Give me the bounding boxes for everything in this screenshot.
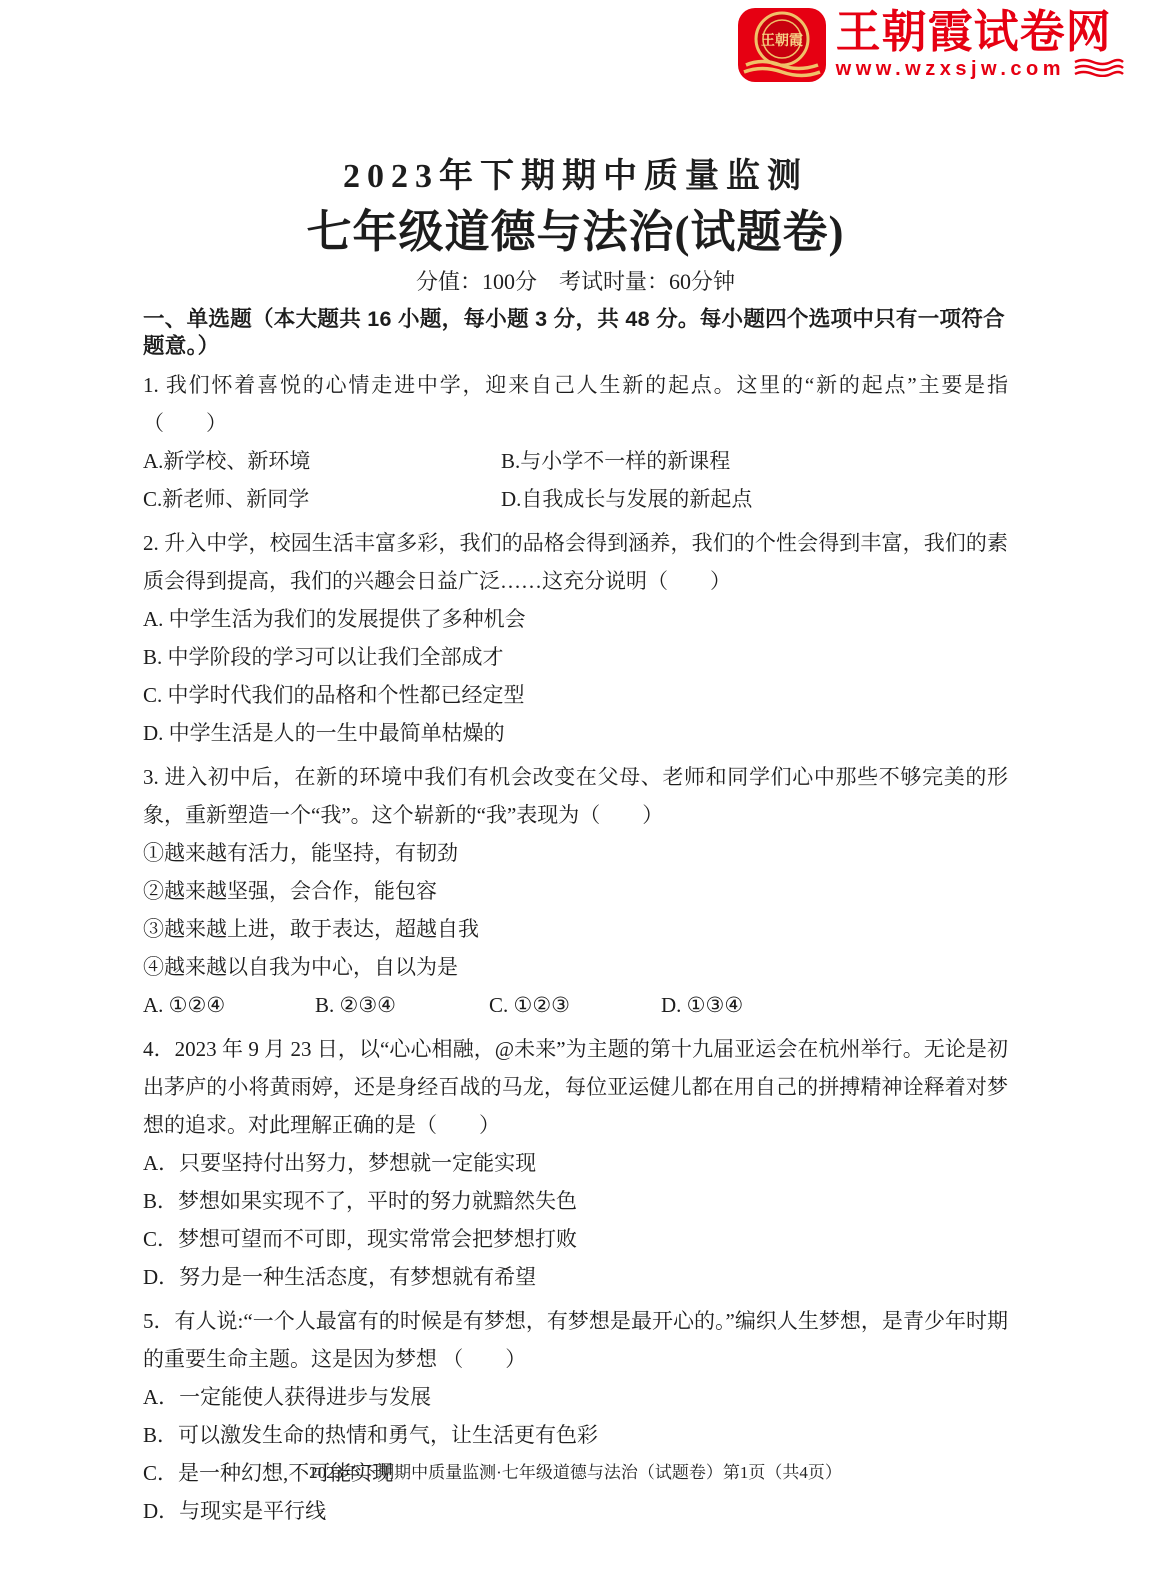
option-d: D. ①③④ <box>661 986 1008 1024</box>
option-c: C.新老师、新同学 <box>143 480 501 518</box>
question-1: 1. 我们怀着喜悦的心情走进中学，迎来自己人生新的起点。这里的“新的起点”主要是… <box>143 366 1008 518</box>
option-a: A. 中学生活为我们的发展提供了多种机会 <box>143 600 1008 638</box>
question-1-options: A.新学校、新环境 B.与小学不一样的新课程 C.新老师、新同学 D.自我成长与… <box>143 442 1008 518</box>
question-2-stem: 2. 升入中学，校园生活丰富多彩，我们的品格会得到涵养，我们的个性会得到丰富，我… <box>143 524 1008 600</box>
question-4: 4．2023 年 9 月 23 日，以“心心相融，@未来”为主题的第十九届亚运会… <box>143 1030 1008 1296</box>
option-d: D．与现实是平行线 <box>143 1492 1008 1530</box>
question-list: 1. 我们怀着喜悦的心情走进中学，迎来自己人生新的起点。这里的“新的起点”主要是… <box>143 366 1008 1530</box>
exam-title: 2023年下期期中质量监测 <box>143 157 1008 197</box>
wave-lines-icon <box>1073 57 1125 82</box>
question-5: 5．有人说:“一个人最富有的时候是有梦想，有梦想是最开心的。”编织人生梦想，是青… <box>143 1302 1008 1530</box>
option-d: D. 中学生活是人的一生中最简单枯燥的 <box>143 714 1008 752</box>
duration-label: 考试时量：60分钟 <box>559 269 735 295</box>
exam-page: 王朝霞 王朝霞试卷网 www.wzxsjw.com 2023年下期期中质量监测 <box>0 0 1151 1594</box>
option-b: B. ②③④ <box>315 986 489 1024</box>
question-3-stem: 3. 进入初中后，在新的环境中我们有机会改变在父母、老师和同学们心中那些不够完美… <box>143 758 1008 834</box>
exam-subtitle: 七年级道德与法治(试题卷) <box>143 207 1008 257</box>
option-c: C. 中学时代我们的品格和个性都已经定型 <box>143 676 1008 714</box>
option-a: A．只要坚持付出努力，梦想就一定能实现 <box>143 1144 1008 1182</box>
page-footer: 2023年下期期中质量监测·七年级道德与法治（试题卷）第1页（共4页） <box>0 1461 1151 1485</box>
exam-meta: 分值：100分 考试时量：60分钟 <box>143 269 1008 295</box>
option-c: C. ①②③ <box>489 986 661 1024</box>
option-b: B．梦想如果实现不了，平时的努力就黯然失色 <box>143 1182 1008 1220</box>
option-b: B．可以激发生命的热情和勇气，让生活更有色彩 <box>143 1416 1008 1454</box>
question-5-stem: 5．有人说:“一个人最富有的时候是有梦想，有梦想是最开心的。”编织人生梦想，是青… <box>143 1302 1008 1378</box>
question-2: 2. 升入中学，校园生活丰富多彩，我们的品格会得到涵养，我们的个性会得到丰富，我… <box>143 524 1008 752</box>
score-label: 分值：100分 <box>416 269 537 295</box>
statement-4: ④越来越以自我为中心，自以为是 <box>143 948 1008 986</box>
option-a: A. ①②④ <box>143 986 315 1024</box>
option-a: A．一定能使人获得进步与发展 <box>143 1378 1008 1416</box>
option-d: D．努力是一种生活态度，有梦想就有希望 <box>143 1258 1008 1296</box>
question-4-stem: 4．2023 年 9 月 23 日，以“心心相融，@未来”为主题的第十九届亚运会… <box>143 1030 1008 1144</box>
statement-2: ②越来越坚强，会合作，能包容 <box>143 872 1008 910</box>
option-c: C．梦想可望而不可即，现实常常会把梦想打败 <box>143 1220 1008 1258</box>
option-a: A.新学校、新环境 <box>143 442 501 480</box>
option-b: B.与小学不一样的新课程 <box>501 442 1008 480</box>
option-b: B. 中学阶段的学习可以让我们全部成才 <box>143 638 1008 676</box>
question-1-stem: 1. 我们怀着喜悦的心情走进中学，迎来自己人生新的起点。这里的“新的起点”主要是… <box>143 366 1008 442</box>
question-3-options: A. ①②④ B. ②③④ C. ①②③ D. ①③④ <box>143 986 1008 1024</box>
statement-3: ③越来越上进，敢于表达，超越自我 <box>143 910 1008 948</box>
section-heading: 一、单选题（本大题共 16 小题，每小题 3 分，共 48 分。每小题四个选项中… <box>143 306 1008 360</box>
question-3: 3. 进入初中后，在新的环境中我们有机会改变在父母、老师和同学们心中那些不够完美… <box>143 758 1008 1024</box>
statement-1: ①越来越有活力，能坚持，有韧劲 <box>143 834 1008 872</box>
option-d: D.自我成长与发展的新起点 <box>501 480 1008 518</box>
